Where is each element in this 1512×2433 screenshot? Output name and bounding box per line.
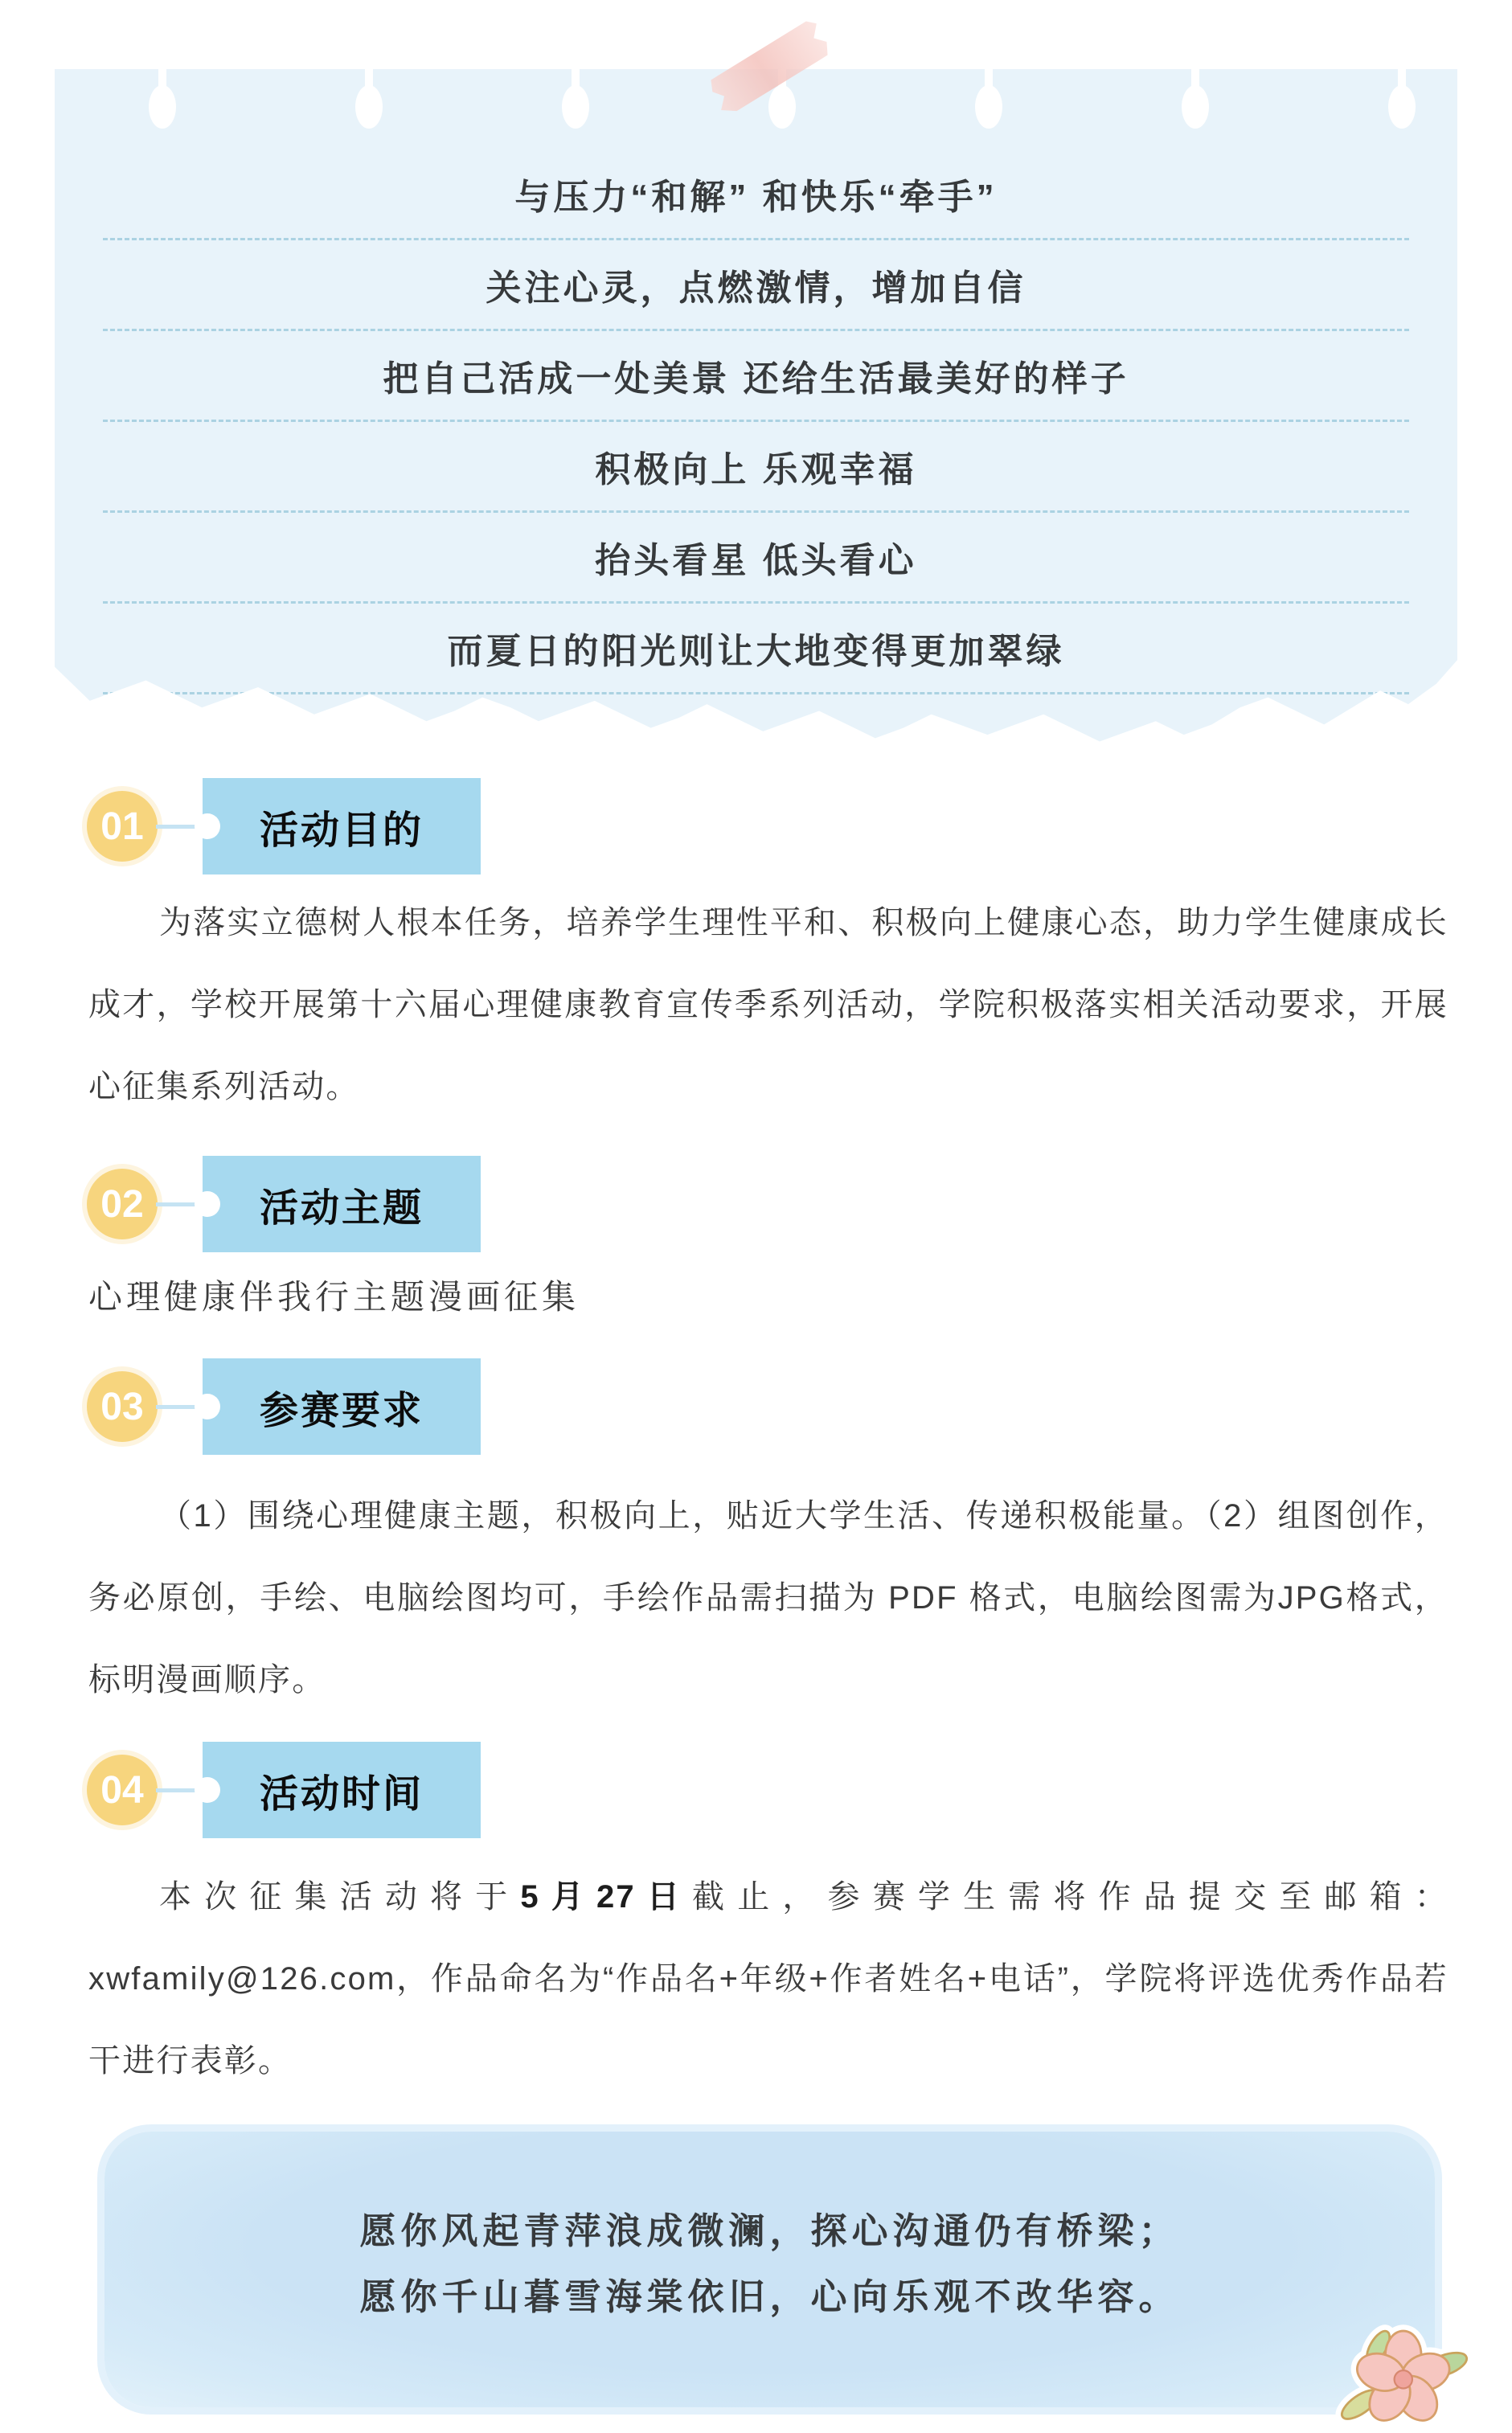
- section-title: 活动时间: [203, 1742, 481, 1838]
- section-number-badge: 02: [87, 1169, 158, 1239]
- blessing-line: 愿你千山暮雪海棠依旧，心向乐观不改华容。: [104, 2260, 1435, 2326]
- section-header-theme: 02 活动主题: [0, 1156, 1512, 1252]
- quote-line: 而夏日的阳光则让大地变得更加翠绿: [103, 604, 1409, 694]
- paper-hole-drop: [1182, 69, 1209, 129]
- paper-hole-drop: [149, 69, 176, 129]
- section-title: 活动主题: [203, 1156, 481, 1252]
- deadline-date: 5月27日: [520, 1879, 692, 1915]
- time-text-pre: 本次征集活动将于: [159, 1879, 520, 1915]
- quote-panel: 与压力“和解” 和快乐“牵手” 关注心灵，点燃激情，增加自信 把自己活成一处美景…: [55, 69, 1457, 748]
- section-header-time: 04 活动时间: [0, 1742, 1512, 1838]
- blessing-line: 愿你风起青萍浪成微澜，探心沟通仍有桥梁；: [104, 2194, 1435, 2260]
- connector-dot: [195, 1191, 220, 1217]
- section-number-badge: 03: [87, 1371, 158, 1442]
- flower-icon: [1325, 2315, 1485, 2431]
- theme-paragraph: 心理健康伴我行主题漫画征集: [88, 1272, 1448, 1323]
- blessing-card: 愿你风起青萍浪成微澜，探心沟通仍有桥梁； 愿你千山暮雪海棠依旧，心向乐观不改华容…: [104, 2132, 1435, 2407]
- section-number-badge: 04: [87, 1755, 158, 1825]
- paper-hole-drop: [975, 69, 1002, 129]
- section-title: 活动目的: [203, 778, 481, 874]
- section-header-purpose: 01 活动目的: [0, 778, 1512, 874]
- quote-line: 把自己活成一处美景 还给生活最美好的样子: [103, 331, 1409, 422]
- time-paragraph: 本次征集活动将于5月27日截止，参赛学生需将作品提交至邮箱：xwfamily@1…: [88, 1856, 1448, 2102]
- quote-line: 积极向上 乐观幸福: [103, 422, 1409, 513]
- connector-dot: [195, 813, 220, 839]
- quote-line: 关注心灵，点燃激情，增加自信: [103, 240, 1409, 331]
- quote-list: 与压力“和解” 和快乐“牵手” 关注心灵，点燃激情，增加自信 把自己活成一处美景…: [55, 69, 1457, 694]
- section-title: 参赛要求: [203, 1358, 481, 1455]
- poster-page: 与压力“和解” 和快乐“牵手” 关注心灵，点燃激情，增加自信 把自己活成一处美景…: [0, 0, 1512, 2433]
- paper-hole-drop: [562, 69, 589, 129]
- quote-line: 抬头看星 低头看心: [103, 513, 1409, 604]
- purpose-paragraph: 为落实立德树人根本任务，培养学生理性平和、积极向上健康心态，助力学生健康成长成才…: [88, 882, 1448, 1128]
- connector-dot: [195, 1394, 220, 1419]
- paper-hole-drop: [355, 69, 383, 129]
- quote-line: 与压力“和解” 和快乐“牵手”: [103, 150, 1409, 240]
- requirements-paragraph: （1）围绕心理健康主题，积极向上，贴近大学生活、传递积极能量。（2）组图创作，务…: [88, 1475, 1448, 1721]
- section-number-badge: 01: [87, 791, 158, 862]
- section-header-requirements: 03 参赛要求: [0, 1358, 1512, 1455]
- connector-dot: [195, 1777, 220, 1803]
- paper-hole-drop: [1388, 69, 1416, 129]
